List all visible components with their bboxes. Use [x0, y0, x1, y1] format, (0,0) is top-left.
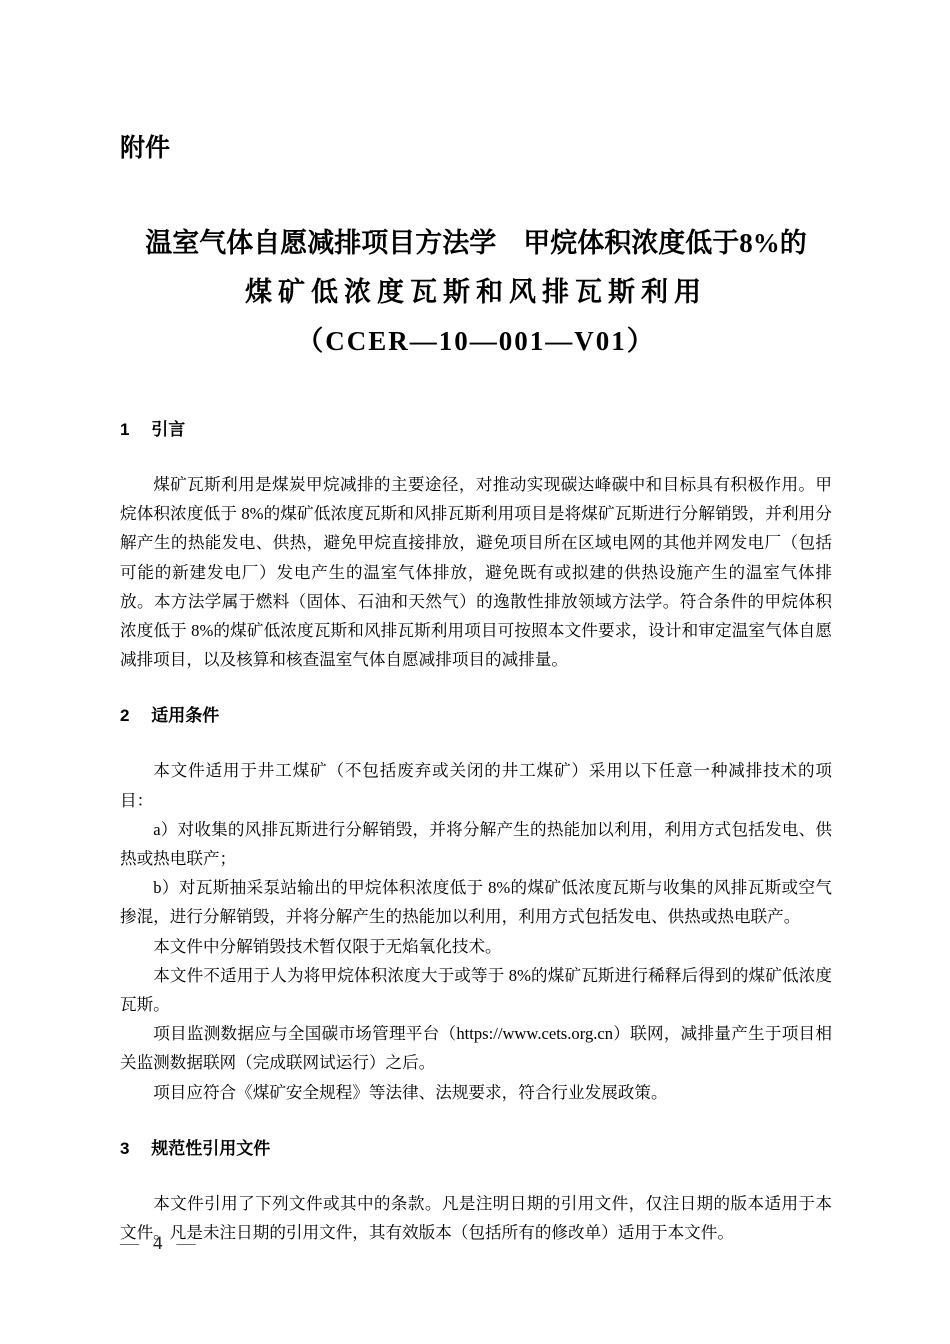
paragraph-applicability-item-a: a）对收集的风排瓦斯进行分解销毁，并将分解产生的热能加以利用，利用方式包括发电、… [120, 815, 832, 873]
paragraph-applicability-1: 本文件适用于井工煤矿（不包括废弃或关闭的井工煤矿）采用以下任意一种减排技术的项目… [120, 756, 832, 814]
paragraph-intro-1: 煤矿瓦斯利用是煤炭甲烷减排的主要途径，对推动实现碳达峰碳中和目标具有积极作用。甲… [120, 470, 832, 674]
section-heading-introduction: 1 引言 [120, 418, 832, 442]
title-line-3: （CCER—10—001—V01） [120, 317, 832, 366]
document-page: 附件 温室气体自愿减排项目方法学 甲烷体积浓度低于8%的 煤矿低浓度瓦斯和风排瓦… [0, 0, 950, 1344]
document-title: 温室气体自愿减排项目方法学 甲烷体积浓度低于8%的 煤矿低浓度瓦斯和风排瓦斯利用… [120, 219, 832, 366]
section-title: 适用条件 [151, 704, 219, 728]
attachment-label: 附件 [120, 133, 832, 163]
section-number: 1 [120, 418, 129, 442]
section-applicability: 2 适用条件 本文件适用于井工煤矿（不包括废弃或关闭的井工煤矿）采用以下任意一种… [120, 704, 832, 1106]
paragraph-applicability-5: 项目应符合《煤矿安全规程》等法律、法规要求，符合行业发展政策。 [120, 1078, 832, 1107]
section-number: 3 [120, 1137, 129, 1161]
title-line-2: 煤矿低浓度瓦斯和风排瓦斯利用 [120, 268, 832, 317]
section-normative-references: 3 规范性引用文件 本文件引用了下列文件或其中的条款。凡是注明日期的引用文件，仅… [120, 1137, 832, 1247]
paragraph-applicability-3: 本文件不适用于人为将甲烷体积浓度大于或等于 8%的煤矿瓦斯进行稀释后得到的煤矿低… [120, 961, 832, 1019]
section-title: 引言 [151, 418, 185, 442]
section-title: 规范性引用文件 [151, 1137, 270, 1161]
title-line-1: 温室气体自愿减排项目方法学 甲烷体积浓度低于8%的 [120, 219, 832, 268]
paragraph-applicability-item-b: b）对瓦斯抽采泵站输出的甲烷体积浓度低于 8%的煤矿低浓度瓦斯与收集的风排瓦斯或… [120, 873, 832, 931]
section-heading-applicability: 2 适用条件 [120, 704, 832, 728]
paragraph-applicability-4: 项目监测数据应与全国碳市场管理平台（https://www.cets.org.c… [120, 1019, 832, 1077]
footer-dash-left: — [120, 1233, 139, 1254]
section-number: 2 [120, 704, 129, 728]
footer-page-number: 4 [153, 1233, 163, 1254]
footer-dash-right: — [177, 1233, 196, 1254]
page-footer: —4— [120, 1232, 196, 1256]
section-heading-normative-references: 3 规范性引用文件 [120, 1137, 832, 1161]
section-introduction: 1 引言 煤矿瓦斯利用是煤炭甲烷减排的主要途径，对推动实现碳达峰碳中和目标具有积… [120, 418, 832, 674]
paragraph-references-1: 本文件引用了下列文件或其中的条款。凡是注明日期的引用文件，仅注日期的版本适用于本… [120, 1189, 832, 1247]
paragraph-applicability-2: 本文件中分解销毁技术暂仅限于无焰氧化技术。 [120, 932, 832, 961]
